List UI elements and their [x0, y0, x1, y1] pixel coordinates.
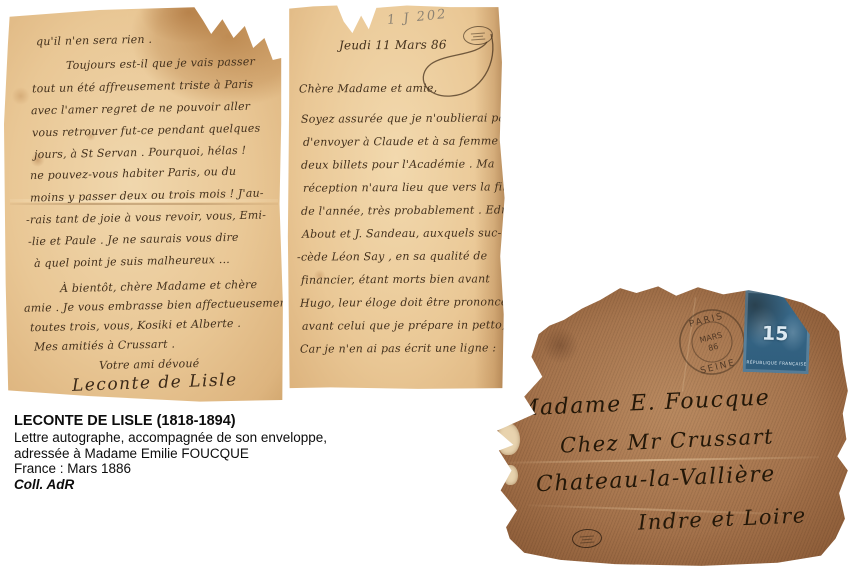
handwriting-line: About et J. Sandeau, auxquels suc- — [302, 226, 502, 240]
handwriting-line: ne pouvez-vous habiter Paris, ou du — [30, 165, 236, 182]
handwriting-line: -cède Léon Say , en sa qualité de — [297, 249, 487, 263]
address-line: Madame E. Foucque — [516, 385, 771, 421]
handwriting-line: avant celui que je prépare in petto, — [302, 318, 506, 332]
caption-credit: Coll. AdR — [14, 477, 327, 493]
archive-code-annotation: 1 J 202 — [386, 7, 448, 28]
handwriting-line: amie . Je vous embrasse bien affectueuse… — [24, 296, 292, 315]
handwriting-line: avec l'amer regret de ne pouvoir aller — [31, 100, 250, 118]
archive-oval-stamp-icon — [571, 528, 602, 549]
envelope: PARIS MARS 86 SEINE 15 RÉPUBLIQUE FRANÇA… — [488, 283, 850, 567]
address-line: Chateau-la-Vallière — [536, 462, 777, 497]
handwriting-line: réception n'aura lieu que vers la fin — [303, 180, 510, 194]
handwriting-line: vous retrouver fut-ce pendant quelques — [32, 122, 261, 140]
postmark-city: PARIS — [688, 311, 725, 329]
handwriting-line: -lie et Paule . Je ne saurais vous dire — [28, 231, 239, 248]
address-line: Chez Mr Crussart — [560, 424, 775, 457]
photo-composition: qu'il n'en sera rien . Toujours est-il q… — [0, 0, 850, 567]
handwriting-line: Mes amitiés à Crussart . — [34, 338, 175, 354]
handwriting-line: Car je n'en ai pas écrit une ligne : — [300, 341, 496, 355]
handwriting-line: d'envoyer à Claude et à sa femme les — [303, 134, 518, 149]
postmark-icon: PARIS MARS 86 SEINE — [671, 301, 753, 383]
torn-paper-bit — [504, 465, 518, 485]
handwriting-line: Soyez assurée que je n'oublierai pas — [301, 111, 511, 125]
signature: Leconte de Lisle — [72, 370, 238, 396]
stamp-legend: RÉPUBLIQUE FRANÇAISE — [746, 360, 805, 367]
handwriting-line: -rais tant de joie à vous revoir, vous, … — [26, 208, 266, 226]
handwriting-line: de l'année, très probablement . Edmond — [301, 203, 533, 218]
caption-block: LECONTE DE LISLE (1818-1894) Lettre auto… — [14, 413, 327, 492]
caption-line: France : Mars 1886 — [14, 461, 327, 477]
stamp-denomination: 15 — [762, 322, 789, 345]
handwriting-line: toutes trois, vous, Kosiki et Alberte . — [30, 317, 241, 334]
handwriting-line: Toujours est-il que je vais passer — [66, 55, 255, 72]
handwriting-line: deux billets pour l'Académie . Ma — [301, 157, 495, 171]
handwriting-line: financier, étant morts bien avant — [301, 272, 490, 286]
closing-line: Votre ami dévoué — [99, 357, 200, 372]
date-line: Jeudi 11 Mars 86 — [339, 38, 447, 53]
torn-paper-bit — [498, 423, 520, 455]
handwriting-line: qu'il n'en sera rien . — [36, 33, 152, 48]
handwriting-line: à quel point je suis malheureux ... — [34, 253, 230, 270]
postmark-year: 86 — [707, 342, 719, 353]
caption-line: adressée à Madame Emilie FOUCQUE — [14, 446, 327, 462]
caption-line: Lettre autographe, accompagnée de son en… — [14, 430, 327, 446]
handwriting-line: Hugo, leur éloge doit être prononcé — [300, 295, 508, 309]
letter-page-left: qu'il n'en sera rien . Toujours est-il q… — [4, 4, 284, 404]
caption-title: LECONTE DE LISLE (1818-1894) — [14, 413, 327, 430]
handwriting-line: À bientôt, chère Madame et chère — [60, 278, 258, 295]
handwriting-line: tout un été affreusement triste à Paris — [32, 78, 254, 96]
handwriting-line: jours, à St Servan . Pourquoi, hélas ! — [34, 144, 246, 161]
salutation-line: Chère Madame et amie, — [299, 82, 437, 96]
postage-stamp: 15 RÉPUBLIQUE FRANÇAISE — [743, 290, 812, 374]
letter-page-right: 1 J 202 Jeudi 11 Mars 86 Chère Madame et… — [287, 4, 505, 392]
